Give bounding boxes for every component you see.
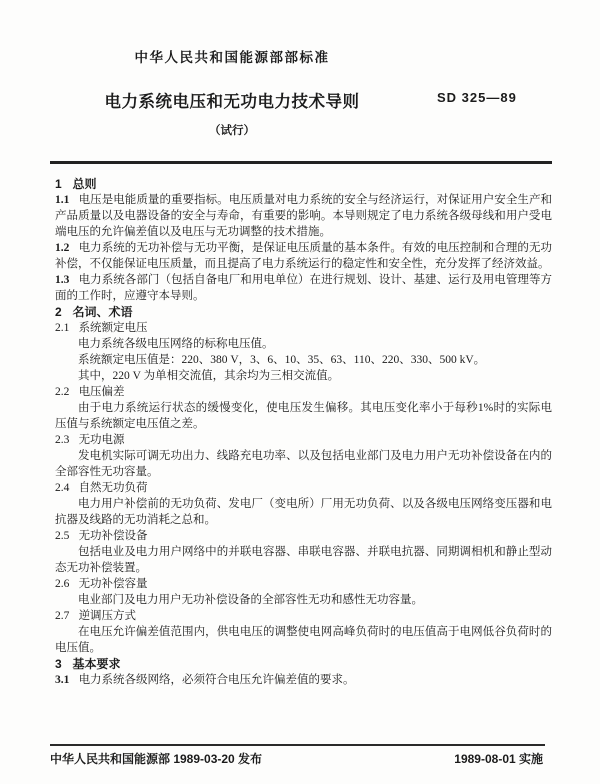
term-heading-2-7: 2.7逆调压方式	[55, 608, 552, 624]
footer-divider	[50, 744, 545, 746]
term-heading-2-3: 2.3无功电源	[55, 432, 552, 448]
section-number: 1	[55, 177, 62, 191]
paragraph: 电力用户补偿前的无功负荷、发电厂（变电所）厂用无功负荷、以及各级电压网络变压器和…	[55, 496, 552, 528]
term-heading-2-6: 2.6无功补偿容量	[55, 576, 552, 592]
paragraph: 由于电力系统运行状态的缓慢变化，使电压发生偏移。其电压变化率小于每秒1%时的实际…	[55, 400, 552, 432]
term-title: 无功补偿容量	[79, 578, 148, 590]
clause-text: 电力系统各部门（包括自备电厂和用电单位）在进行规划、设计、基建、运行及用电管理等…	[55, 274, 552, 302]
term-title: 逆调压方式	[79, 610, 137, 622]
term-number: 2.5	[55, 530, 69, 542]
clause-1-1: 1.1电压是电能质量的重要指标。电压质量对电力系统的安全与经济运行，对保证用户安…	[55, 192, 552, 240]
paragraph: 系统额定电压值是：220、380 V，3、6、10、35、63、110、220、…	[55, 352, 552, 368]
term-heading-2-5: 2.5无功补偿设备	[55, 528, 552, 544]
standard-org-label: 中华人民共和国能源部部标准	[50, 46, 414, 66]
clause-text: 电力系统各级网络，必须符合电压允许偏差值的要求。	[79, 674, 355, 686]
clause-number: 1.1	[55, 194, 69, 206]
term-number: 2.4	[55, 482, 69, 494]
paragraph: 电业部门及电力用户无功补偿设备的全部容性无功和感性无功容量。	[55, 592, 552, 608]
paragraph: 其中，220 V 为单相交流值，其余均为三相交流值。	[55, 368, 552, 384]
section-number: 3	[55, 657, 62, 671]
term-heading-2-4: 2.4自然无功负荷	[55, 480, 552, 496]
paragraph: 发电机实际可调无功出力、线路充电功率、以及包括电业部门及电力用户无功补偿设备在内…	[55, 448, 552, 480]
section-number: 2	[55, 305, 62, 319]
term-title: 电压偏差	[79, 386, 125, 398]
term-title: 系统额定电压	[79, 322, 148, 334]
section-heading-3: 3基本要求	[55, 656, 552, 672]
section-title: 总则	[72, 177, 96, 191]
term-title: 无功补偿设备	[79, 530, 148, 542]
footer-issue-info: 中华人民共和国能源部 1989-03-20 发布	[50, 750, 262, 767]
document-subtitle: （试行）	[50, 122, 414, 138]
paragraph: 包括电业及电力用户网络中的并联电容器、串联电容器、并联电抗器、同期调相机和静止型…	[55, 544, 552, 576]
term-title: 自然无功负荷	[79, 482, 148, 494]
section-heading-1: 1总则	[55, 176, 552, 192]
paragraph: 在电压允许偏差值范围内，供电电压的调整使电网高峰负荷时的电压值高于电网低谷负荷时…	[55, 624, 552, 656]
term-title: 无功电源	[79, 434, 125, 446]
title-divider	[50, 161, 552, 164]
term-heading-2-2: 2.2电压偏差	[55, 384, 552, 400]
clause-text: 电压是电能质量的重要指标。电压质量对电力系统的安全与经济运行，对保证用户安全生产…	[55, 194, 552, 238]
document-page: 中华人民共和国能源部部标准 电力系统电压和无功电力技术导则 （试行） SD 32…	[0, 0, 600, 784]
term-heading-2-1: 2.1系统额定电压	[55, 320, 552, 336]
document-title: 电力系统电压和无功电力技术导则	[50, 88, 414, 112]
standard-code: SD 325—89	[437, 90, 517, 105]
clause-number: 3.1	[55, 674, 69, 686]
document-body: 1总则 1.1电压是电能质量的重要指标。电压质量对电力系统的安全与经济运行，对保…	[55, 176, 552, 688]
term-number: 2.3	[55, 434, 69, 446]
term-number: 2.7	[55, 610, 69, 622]
section-title: 基本要求	[72, 657, 120, 671]
clause-1-3: 1.3电力系统各部门（包括自备电厂和用电单位）在进行规划、设计、基建、运行及用电…	[55, 272, 552, 304]
clause-1-2: 1.2电力系统的无功补偿与无功平衡，是保证电压质量的基本条件。有效的电压控制和合…	[55, 240, 552, 272]
clause-text: 电力系统的无功补偿与无功平衡，是保证电压质量的基本条件。有效的电压控制和合理的无…	[55, 242, 552, 270]
clause-number: 1.3	[55, 274, 69, 286]
clause-3-1: 3.1电力系统各级网络，必须符合电压允许偏差值的要求。	[55, 672, 552, 688]
term-number: 2.6	[55, 578, 69, 590]
term-number: 2.2	[55, 386, 69, 398]
clause-number: 1.2	[55, 242, 69, 254]
term-number: 2.1	[55, 322, 69, 334]
paragraph: 电力系统各级电压网络的标称电压值。	[55, 336, 552, 352]
section-title: 名词、术语	[72, 305, 132, 319]
footer-effective-date: 1989-08-01 实施	[454, 750, 543, 767]
section-heading-2: 2名词、术语	[55, 304, 552, 320]
